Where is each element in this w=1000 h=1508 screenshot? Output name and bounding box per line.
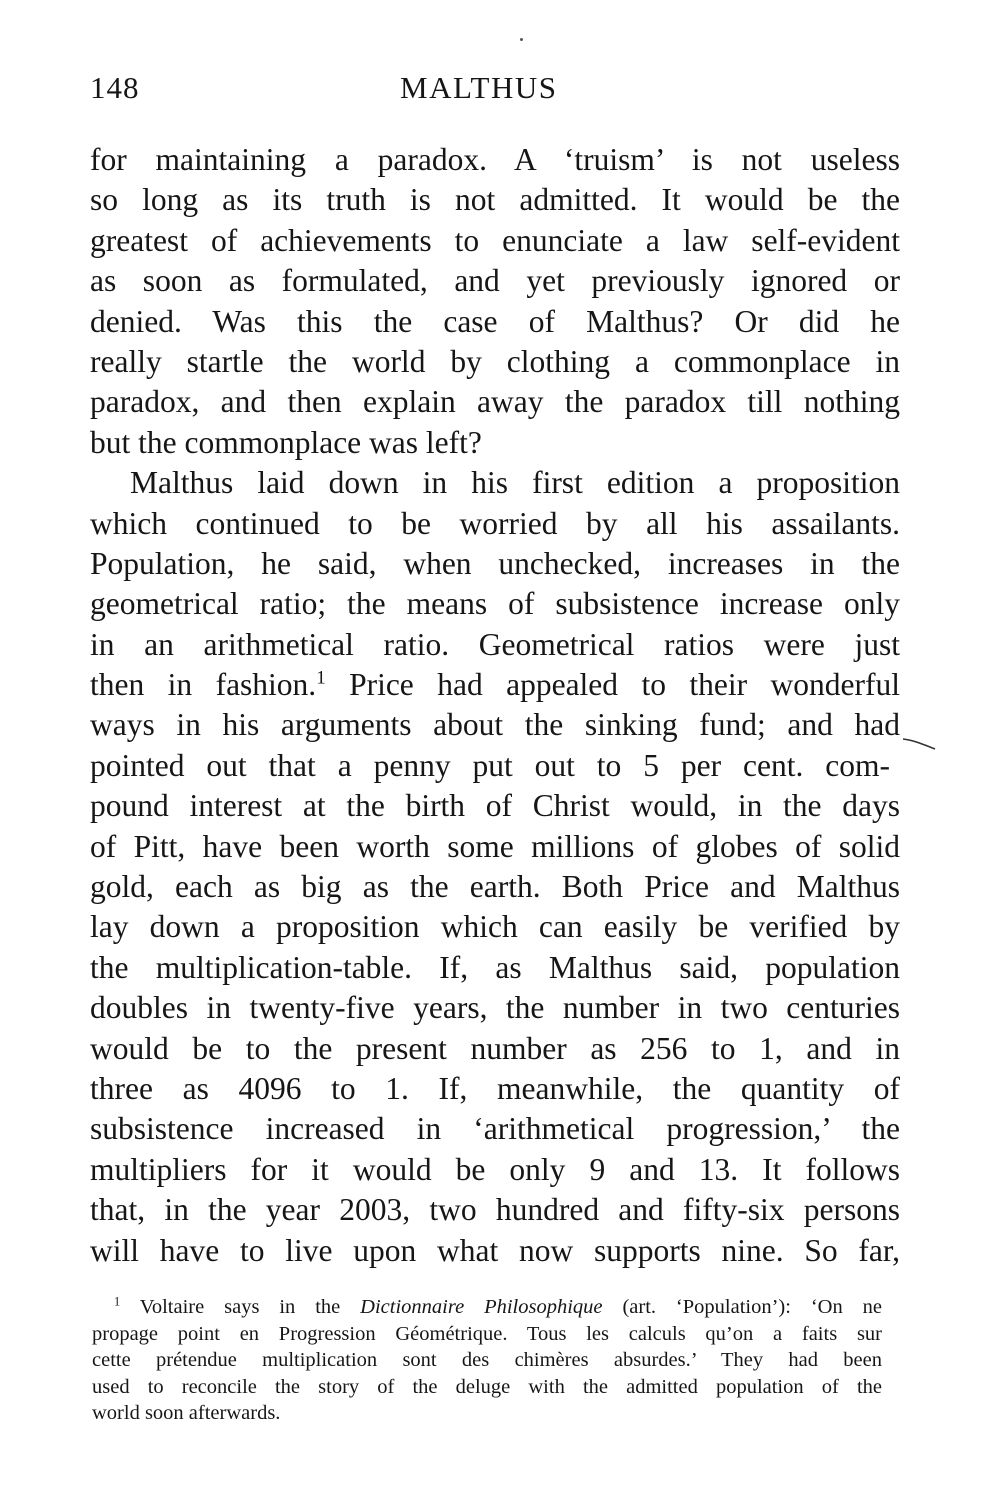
footnote-line: used to reconcile the story of the delug… xyxy=(92,1374,882,1401)
text-span: (art. ‘Population’): ‘On ne xyxy=(603,1296,882,1318)
text-line: as soon as formulated, and yet previousl… xyxy=(90,261,900,301)
text-span: Price had appealed to their wonderful xyxy=(326,667,900,702)
text-line: the multiplication-table. If, as Malthus… xyxy=(90,948,900,988)
paragraph-start-line: Malthus laid down in his first edition a… xyxy=(90,463,900,503)
footnote-line: propage point en Progression Géométrique… xyxy=(92,1321,882,1348)
text-line: pound interest at the birth of Christ wo… xyxy=(90,786,900,826)
running-title: MALTHUS xyxy=(400,70,558,106)
text-line: three as 4096 to 1. If, meanwhile, the q… xyxy=(90,1069,900,1109)
text-line: subsistence increased in ‘arithmetical p… xyxy=(90,1109,900,1149)
footnote-line: cette prétendue multiplication sont des … xyxy=(92,1347,882,1374)
text-line: denied. Was this the case of Malthus? Or… xyxy=(90,302,900,342)
text-line: of Pitt, have been worth some millions o… xyxy=(90,827,900,867)
book-title: Dictionnaire Philosophique xyxy=(360,1296,602,1318)
page-number: 148 xyxy=(90,70,140,106)
text-line: will have to live upon what now supports… xyxy=(90,1231,900,1271)
text-line: gold, each as big as the earth. Both Pri… xyxy=(90,867,900,907)
footnote-reference[interactable]: 1 xyxy=(316,668,325,689)
text-line: lay down a proposition which can easily … xyxy=(90,907,900,947)
text-line: doubles in twenty-five years, the number… xyxy=(90,988,900,1028)
margin-pencil-mark xyxy=(902,737,936,751)
text-line: Population, he said, when unchecked, inc… xyxy=(90,544,900,584)
text-line: but the commonplace was left? xyxy=(90,423,900,463)
text-line: that, in the year 2003, two hundred and … xyxy=(90,1190,900,1230)
body-text: for maintaining a paradox. A ‘truism’ is… xyxy=(90,140,900,1271)
text-line: pointed out that a penny put out to 5 pe… xyxy=(90,746,890,786)
text-line: geometrical ratio; the means of subsiste… xyxy=(90,584,900,624)
text-line: really startle the world by clothing a c… xyxy=(90,342,900,382)
text-line: so long as its truth is not admitted. It… xyxy=(90,180,900,220)
text-line: paradox, and then explain away the parad… xyxy=(90,382,900,422)
text-line: would be to the present number as 256 to… xyxy=(90,1029,900,1069)
text-line: which continued to be worried by all his… xyxy=(90,504,900,544)
text-line: ways in his arguments about the sinking … xyxy=(90,705,900,745)
footnote-line: world soon afterwards. xyxy=(92,1400,882,1427)
text-line: for maintaining a paradox. A ‘truism’ is… xyxy=(90,140,900,180)
text-line: greatest of achievements to enunciate a … xyxy=(90,221,900,261)
text-span: then in fashion. xyxy=(90,667,316,702)
page-header: 148 MALTHUS xyxy=(90,70,910,110)
text-span: Voltaire says in the xyxy=(120,1296,360,1318)
scan-speck xyxy=(520,38,523,41)
text-line: multipliers for it would be only 9 and 1… xyxy=(90,1150,900,1190)
text-line: in an arithmetical ratio. Geometrical ra… xyxy=(90,625,900,665)
book-page: 148 MALTHUS for maintaining a paradox. A… xyxy=(0,0,1000,1508)
text-line-with-footnote-ref: then in fashion.1 Price had appealed to … xyxy=(90,665,900,705)
footnote-line: 1 Voltaire says in the Dictionnaire Phil… xyxy=(92,1294,882,1321)
footnote-block: 1 Voltaire says in the Dictionnaire Phil… xyxy=(92,1294,882,1427)
